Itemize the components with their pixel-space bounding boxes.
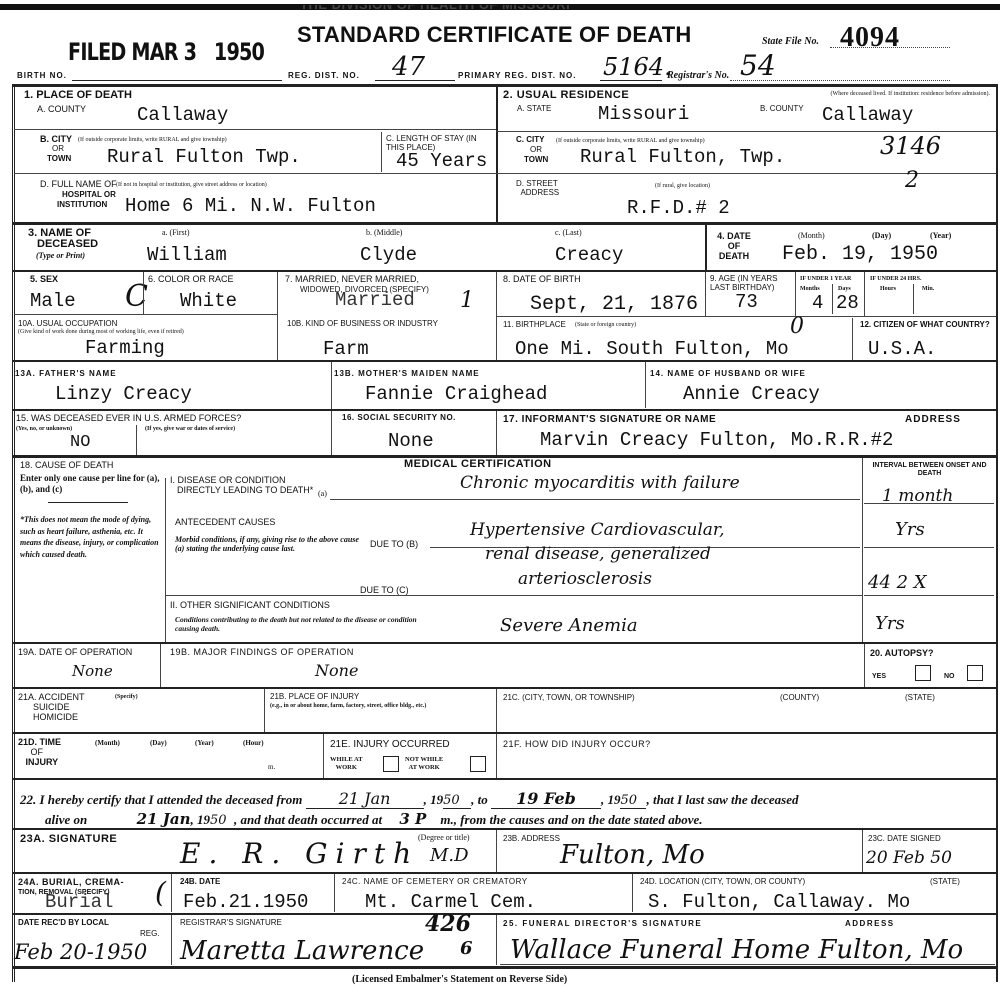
injury-time-label-2: OF: [31, 747, 44, 757]
dod-label-3: DEATH: [719, 251, 749, 261]
sex-code: C: [125, 282, 148, 312]
certify-to-year: 50: [620, 793, 646, 809]
certify-death-time: 3 P: [385, 810, 440, 829]
divider: [165, 595, 862, 596]
medical-heading: MEDICAL CERTIFICATION: [404, 459, 552, 470]
residence-city-label: C. CITY: [516, 136, 544, 144]
age-label: 9. AGE (In years last birthday): [710, 275, 795, 293]
dod-month-label: (Month): [798, 232, 825, 240]
middle-name-value: Clyde: [360, 246, 417, 265]
father-label: 13a. FATHER'S NAME: [15, 370, 117, 378]
death-city-value: Rural Fulton Twp.: [107, 148, 301, 167]
marital-value: Married: [335, 291, 415, 310]
divider: [330, 499, 860, 500]
divider: [277, 272, 278, 360]
residence-county-label: b. COUNTY: [760, 105, 804, 113]
divider: [12, 409, 998, 411]
registrar-signature-value: Maretta Lawrence: [180, 938, 424, 964]
divider: [12, 84, 998, 87]
cause-of-death-label: 18. CAUSE OF DEATH: [20, 461, 113, 470]
sex-label: 5. SEX: [30, 275, 58, 284]
burial-date-label: 24b. DATE: [180, 878, 220, 886]
last-name-label: c. (Last): [555, 229, 582, 237]
cause-a-label: (a): [318, 490, 327, 498]
cause-b-value-1: Hypertensive Cardiovascular,: [470, 522, 725, 539]
certify-to-label: , to: [471, 792, 488, 807]
min-label: Min.: [922, 286, 934, 292]
registrar-number: 54: [740, 52, 776, 80]
divider: [705, 272, 706, 316]
residence-county-value: Callaway: [822, 106, 913, 125]
not-while-at-work-checkbox[interactable]: [470, 756, 486, 772]
armed-forces-note-2: (If yes, give war or dates of service): [145, 426, 235, 432]
cause-footnote: *This does not mean the mode of dying, s…: [20, 514, 163, 560]
ssn-label: 16. SOCIAL SECURITY NO.: [342, 414, 487, 423]
burial-location-state-label: (State): [930, 878, 960, 886]
dod-day-label: (Day): [872, 232, 891, 240]
divider: [864, 547, 994, 548]
funeral-director-value: Wallace Funeral Home Fulton, Mo: [510, 937, 963, 963]
accident-label-3: HOMICIDE: [33, 712, 78, 722]
while-at-work-checkbox[interactable]: [383, 756, 399, 772]
divider: [496, 173, 996, 174]
hospital-label: d. FULL NAME OF: [40, 180, 117, 189]
armed-forces-note-1: (Yes, no, or unknown): [16, 426, 72, 432]
divider: [171, 874, 172, 912]
date-signed-value: 20 Feb 50: [866, 850, 952, 867]
divider: [331, 411, 332, 456]
residence-code-1: 3146: [880, 134, 941, 158]
middle-name-label: b. (Middle): [366, 229, 402, 237]
other-conditions-label: II. OTHER SIGNIFICANT CONDITIONS: [170, 601, 330, 610]
ssn-value: None: [388, 432, 434, 451]
divider: [331, 362, 332, 410]
injury-place-note: (e.g., in or about home, farm, factory, …: [270, 703, 495, 711]
death-county-label: a. COUNTY: [37, 105, 86, 114]
date-of-death-label: 4. DATEOFDEATH: [714, 232, 754, 262]
certify-from-year: 50: [443, 793, 471, 809]
deceased-name-label-2: DECEASED: [37, 239, 98, 250]
divider: [632, 874, 633, 912]
cause-a-value: Chronic myocarditis with failure: [460, 475, 740, 492]
birthplace-value: One Mi. South Fulton, Mo: [515, 340, 789, 359]
accident-label-2: SUICIDE: [33, 702, 70, 712]
divider: [852, 318, 853, 360]
divider: [645, 362, 646, 408]
age-value: 73: [735, 293, 758, 312]
divider: [136, 425, 137, 455]
race-label: 6. COLOR OR RACE: [148, 275, 234, 284]
autopsy-yes-checkbox[interactable]: [915, 665, 931, 681]
autopsy-no-checkbox[interactable]: [967, 665, 983, 681]
residence-city-or: OR: [530, 146, 542, 154]
operation-date-label-text: 19a. DATE OF OPERATION: [18, 648, 153, 658]
disease-label-2: DIRECTLY LEADING TO DEATH*: [177, 486, 313, 495]
dob-label: 8. DATE OF BIRTH: [503, 275, 581, 284]
spouse-label: 14. NAME OF HUSBAND OR WIFE: [650, 370, 806, 378]
certify-alive-year-prefix: , 19: [191, 812, 211, 827]
injury-occurred-label: 21e. INJURY OCCURRED: [330, 740, 450, 750]
injury-state-label: (STATE): [905, 694, 935, 702]
disease-label-1: I. DISEASE OR CONDITION: [170, 476, 286, 485]
autopsy-label: 20. AUTOPSY?: [870, 649, 934, 658]
physician-degree: M.D: [430, 847, 469, 865]
birthplace-label: 11. BIRTHPLACE: [503, 321, 566, 329]
certify-alive-year: 50: [210, 813, 234, 829]
birthplace-code: 0: [790, 316, 804, 338]
first-name-value: William: [147, 246, 227, 265]
marital-label-1: 7. MARRIED, NEVER MARRIED,: [285, 275, 419, 284]
divider: [496, 734, 497, 778]
divider: [864, 503, 994, 504]
injury-place-label: 21B. PLACE OF INJURY: [270, 693, 359, 701]
antecedent-note: Morbid conditions, if any, giving rise t…: [175, 535, 370, 553]
footer-note: (Licensed Embalmer's Statement on Revers…: [352, 974, 567, 985]
residence-heading: 2. USUAL RESIDENCE: [503, 90, 629, 101]
cemetery-value: Mt. Carmel Cem.: [365, 893, 536, 912]
physician-signature: E. R. Girth: [180, 840, 419, 868]
divider: [12, 222, 998, 225]
registrar-code-1: 426: [425, 913, 471, 935]
dob-value: Sept, 21, 1876: [530, 295, 698, 315]
residence-state-value: Missouri: [598, 105, 689, 124]
business-value: Farm: [323, 340, 369, 359]
antecedent-label: ANTECEDENT CAUSES: [175, 518, 275, 527]
residence-note: (Where deceased lived. If institution: r…: [690, 91, 990, 97]
cause-instructions: Enter only one cause per line for (a), (…: [20, 473, 165, 496]
occupation-note: (Give kind of work done during most of w…: [18, 329, 273, 335]
certificate-title: STANDARD CERTIFICATE OF DEATH: [297, 22, 691, 48]
marital-code: 1: [460, 290, 474, 312]
divider: [165, 478, 166, 643]
citizen-value: U.S.A.: [868, 340, 936, 359]
divider: [12, 828, 998, 830]
informant-address-label: ADDRESS: [905, 415, 961, 425]
residence-code-2: 2: [905, 170, 919, 192]
age-days-value: 28: [836, 294, 859, 313]
certify-from-date: 21 Jan: [306, 789, 424, 809]
filed-stamp: FILED MAR 3 1950: [68, 38, 264, 66]
residence-city-town: TOWN: [524, 156, 548, 164]
certify-statement-line-2: alive on 21 Jan, 1950, and that death oc…: [45, 810, 703, 829]
degree-label: (Degree or title): [418, 834, 470, 842]
divider: [12, 913, 998, 915]
divider: [496, 689, 497, 732]
certify-to-year-prefix: , 19: [601, 792, 621, 807]
operation-findings-label: 19b. MAJOR FINDINGS OF OPERATION: [170, 648, 354, 657]
divider: [160, 644, 161, 687]
death-city-or: OR: [52, 145, 64, 153]
divider: [864, 644, 865, 687]
state-file-label: State File No.: [762, 36, 819, 47]
death-city-label: b. CITY: [40, 135, 72, 144]
divider: [48, 502, 128, 503]
hospital-value: Home 6 Mi. N.W. Fulton: [125, 197, 376, 216]
hospital-label-3: INSTITUTION: [57, 201, 107, 209]
age-months-value: 4: [812, 294, 823, 313]
received-date-value: Feb 20-1950: [14, 942, 147, 963]
while-at-work-label: WHILE ATWORK: [330, 756, 363, 772]
certify-statement-line-1: 22. I hereby certify that I attended the…: [20, 789, 799, 809]
divider: [12, 732, 998, 734]
funeral-address-label: ADDRESS: [845, 920, 895, 928]
dod-year-label: (Year): [930, 232, 951, 240]
divider: [832, 284, 833, 314]
registrar-no-label: Registrar's No.: [667, 70, 729, 81]
hospital-label-2: HOSPITAL OR: [62, 191, 116, 199]
certify-text-3: , and that death occurred at: [234, 812, 382, 827]
hospital-note: (If not in hospital or institution, give…: [116, 182, 267, 188]
reg-dist-number: 47: [392, 54, 425, 80]
residence-state-label: a. STATE: [517, 105, 551, 113]
other-conditions-note: Conditions contributing to the death but…: [175, 615, 435, 633]
autopsy-no-label: NO: [944, 673, 955, 680]
occupation-value: Farming: [85, 339, 165, 358]
autopsy-yes-label: YES: [872, 673, 886, 680]
death-city-note: (If outside corporate limits, write RURA…: [78, 137, 227, 143]
how-injury-label: 21f. HOW DID INJURY OCCUR?: [503, 740, 651, 749]
certify-from-year-prefix: , 19: [424, 792, 444, 807]
informant-value: Marvin Creacy Fulton, Mo.R.R.#2: [540, 431, 893, 450]
spouse-value: Annie Creacy: [683, 385, 820, 404]
interval-other-value: Yrs: [875, 615, 905, 633]
business-label: 10b. KIND OF BUSINESS OR INDUSTRY: [287, 320, 487, 329]
divider: [14, 314, 277, 315]
deceased-name-label-3: (Type or Print): [36, 252, 85, 261]
certify-alive-label: alive on: [45, 812, 87, 827]
divider: [14, 129, 496, 130]
street-label: D. STREET ADDRESS: [516, 180, 559, 198]
birthplace-note: (State or foreign country): [575, 322, 636, 328]
divider: [496, 915, 497, 965]
divider: [864, 595, 994, 596]
operation-date-label: 19a. DATE OF OPERATION: [18, 648, 153, 658]
cause-b-value-2: renal disease, generalized: [485, 546, 711, 563]
due-to-b-label: DUE TO (b): [370, 540, 418, 549]
certify-text-1: 22. I hereby certify that I attended the…: [20, 792, 302, 807]
operation-findings-value: None: [315, 663, 358, 679]
street-note: (If rural, give location): [655, 183, 710, 189]
residence-city-value: Rural Fulton, Twp.: [580, 148, 785, 167]
length-of-stay-value: 45 Years: [396, 152, 487, 171]
divider: [12, 966, 998, 969]
interval-c-value: 44 2 X: [868, 574, 927, 592]
injury-county-label: (COUNTY): [780, 694, 819, 702]
received-label-1: DATE REC'D BY LOCAL: [18, 919, 109, 927]
divider: [323, 734, 324, 778]
divider: [12, 270, 998, 272]
accident-label: 21a. ACCIDENT SUICIDE HOMICIDE: [18, 693, 85, 723]
accident-specify-label: (Specify): [115, 694, 138, 700]
father-value: Linzy Creacy: [55, 385, 192, 404]
burial-date-value: Feb.21.1950: [183, 893, 308, 912]
divider: [496, 86, 498, 222]
divider: [496, 830, 497, 872]
divider: [381, 132, 382, 172]
injury-year-label: (Year): [195, 740, 214, 747]
state-file-number: 4094: [840, 22, 900, 54]
physician-address-value: Fulton, Mo: [560, 842, 705, 868]
injury-time-label-1: 21d. TIME: [18, 737, 61, 747]
occupation-label: 10a. USUAL OCCUPATION: [18, 320, 117, 328]
due-to-c-label: DUE TO (c): [360, 586, 409, 595]
interval-label: INTERVAL BETWEEN ONSET AND DEATH: [872, 462, 987, 478]
certify-to-date: 19 Feb: [491, 789, 601, 809]
informant-label: 17. INFORMANT'S SIGNATURE OR NAME: [503, 415, 716, 425]
injury-city-label: 21c. (CITY, TOWN, OR TOWNSHIP): [503, 694, 635, 702]
division-heading: THE DIVISION OF HEALTH OF MISSOURI: [300, 5, 740, 12]
divider: [705, 224, 707, 270]
divider: [171, 915, 172, 965]
race-value: White: [180, 292, 237, 311]
date-of-death-value: Feb. 19, 1950: [782, 245, 938, 265]
hours-label: Hours: [880, 286, 896, 292]
registrar-code-2: 6: [460, 940, 473, 958]
burial-method-value: Burial: [45, 893, 113, 912]
primary-reg-dist-number: 5164.: [603, 55, 672, 79]
mother-label: 13b. MOTHER'S MAIDEN NAME: [334, 370, 480, 378]
armed-forces-label: 15. WAS DECEASED EVER IN U.S. ARMED FORC…: [16, 414, 241, 423]
primary-reg-dist-label: PRIMARY REG. DIST. NO.: [458, 72, 576, 80]
other-conditions-value: Severe Anemia: [500, 617, 638, 635]
date-signed-label: 23c. DATE SIGNED: [868, 835, 941, 843]
residence-city-note: (If outside corporate limits, write RURA…: [556, 138, 705, 144]
last-name-value: Creacy: [555, 246, 623, 265]
divider: [12, 778, 998, 780]
first-name-label: a. (First): [162, 229, 190, 237]
injury-m-label: m.: [268, 764, 275, 771]
injury-time-label-3: INJURY: [26, 757, 59, 767]
under-24-hrs-label: IF UNDER 24 HRS.: [870, 276, 921, 282]
divider: [500, 964, 995, 965]
physician-address-label: 23b. ADDRESS: [503, 835, 560, 843]
operation-date-value: None: [72, 664, 113, 679]
divider: [913, 284, 914, 314]
dod-label-2: OF: [728, 241, 741, 251]
registrar-signature-label: REGISTRAR'S SIGNATURE: [180, 919, 282, 927]
death-city-town: TOWN: [47, 155, 71, 163]
armed-forces-value: NO: [70, 434, 90, 451]
divider: [12, 687, 998, 689]
burial-location-value: S. Fulton, Callaway. Mo: [648, 893, 910, 912]
birth-no-label: BIRTH NO.: [17, 72, 67, 80]
place-of-death-heading: 1. PLACE OF DEATH: [24, 90, 132, 101]
divider: [496, 411, 497, 456]
signature-label: 23a. SIGNATURE: [20, 834, 117, 845]
citizen-label: 12. CITIZEN OF WHAT COUNTRY?: [860, 321, 990, 330]
birth-no-line: [72, 80, 282, 81]
mother-value: Fannie Craighead: [365, 385, 547, 404]
accident-label-1: 21a. ACCIDENT: [18, 692, 85, 702]
injury-day-label: (Day): [150, 740, 167, 747]
injury-month-label: (Month): [95, 740, 120, 747]
cemetery-label: 24c. NAME OF CEMETERY OR CREMATORY: [342, 878, 528, 886]
under-1-year-label: IF UNDER 1 YEAR: [800, 276, 851, 282]
divider: [14, 173, 496, 174]
cause-c-value: arteriosclerosis: [518, 571, 652, 588]
sex-value: Male: [30, 292, 76, 311]
divider: [862, 830, 863, 872]
not-while-at-work-label: NOT WHILEAT WORK: [405, 756, 443, 772]
funeral-director-label: 25. FUNERAL DIRECTOR'S SIGNATURE: [503, 920, 702, 928]
burial-method-label-1: 24a. BURIAL, CREMA-: [18, 878, 124, 887]
divider: [143, 272, 144, 314]
reg-dist-label: REG. DIST. NO.: [288, 72, 360, 80]
received-label-2: REG.: [140, 930, 160, 938]
divider: [496, 316, 996, 317]
certify-alive-date: 21 Jan: [91, 810, 191, 829]
divider: [264, 689, 265, 732]
divider: [334, 874, 335, 912]
street-value: R.F.D.# 2: [627, 199, 730, 218]
burial-method-mark: (: [155, 879, 166, 907]
death-county-value: Callaway: [137, 106, 228, 125]
interval-b-value: Yrs: [895, 521, 925, 539]
dod-label-1: 4. DATE: [717, 231, 751, 241]
injury-hour-label: (Hour): [243, 740, 264, 747]
divider: [795, 272, 796, 316]
divider: [864, 272, 865, 316]
divider: [12, 872, 998, 874]
certify-text-2: , that I last saw the deceased: [646, 792, 798, 807]
injury-time-label: 21d. TIME OF INJURY: [18, 738, 61, 768]
divider: [862, 458, 863, 642]
burial-location-label: 24d. LOCATION (City, town, or county): [640, 878, 805, 886]
certify-text-4: m., from the causes and on the date stat…: [440, 812, 702, 827]
divider: [12, 360, 998, 362]
